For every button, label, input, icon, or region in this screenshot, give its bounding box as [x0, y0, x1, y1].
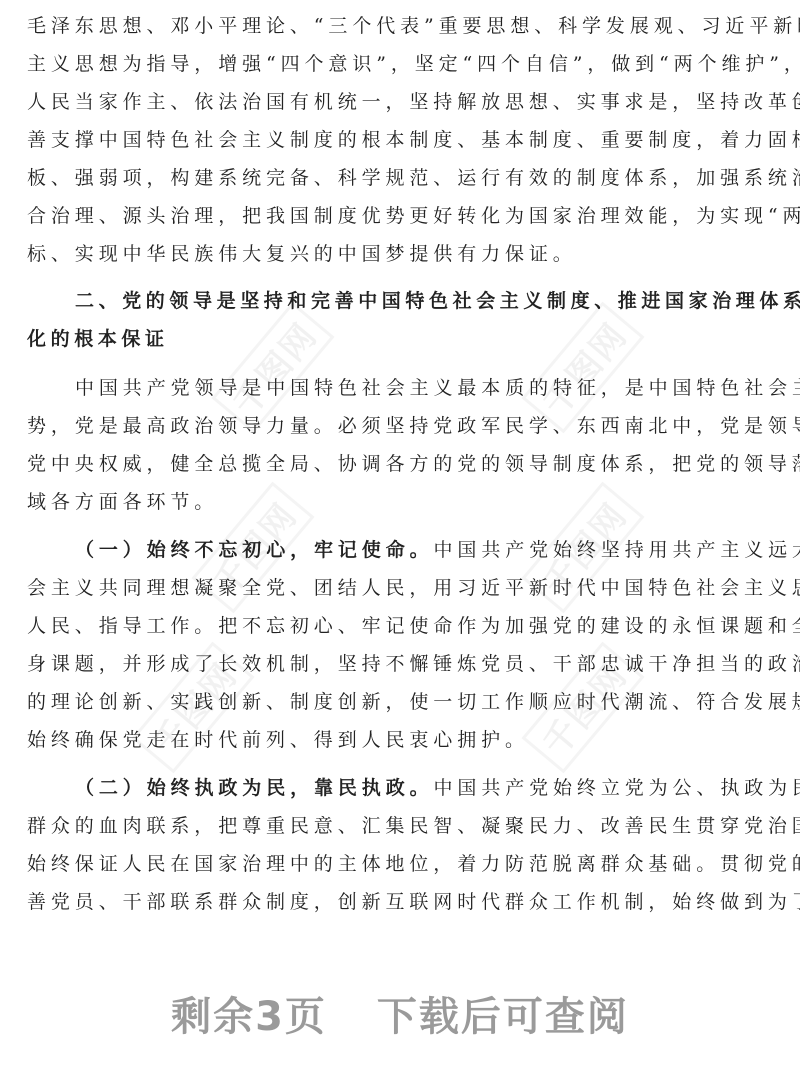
paragraph-line: 身课题，并形成了长效机制，坚持不懈锤炼党员、干部忠诚干净担当的政治品格。持续推进… [27, 645, 800, 683]
paragraph-line: 群众的血肉联系，把尊重民意、汇集民智、凝聚民力、改善民生贯穿党治国理政全部工作当… [27, 807, 800, 845]
paragraph-line: 善党员、干部联系群众制度，创新互联网时代群众工作机制，始终做到为了群众、相信群众… [27, 883, 800, 921]
download-prompt[interactable]: 剩余3页下载后可查阅 [0, 985, 800, 1042]
remaining-pages-label: 剩余3页 [171, 994, 327, 1040]
paragraph-line: 的理论创新、实践创新、制度创新，使一切工作顺应时代潮流、符合发展规律、体现人民愿… [27, 683, 800, 721]
paragraph-line: 党中央权威，健全总揽全局、协调各方的党的领导制度体系，把党的领导落实到国家治理各… [27, 445, 800, 483]
paragraph-line: 板、强弱项，构建系统完备、科学规范、运行有效的制度体系，加强系统治理、依法治理、… [27, 159, 800, 197]
paragraph-line: 人民当家作主、依法治国有机统一，坚持解放思想、实事求是，坚持改革创新，突出坚持和… [27, 83, 800, 121]
paragraph-line: 始终确保党走在时代前列、得到人民衷心拥护。 [27, 721, 529, 759]
item-1-text: 中国共产党始终坚持用共产主义远大理想和中国特色社 [434, 539, 800, 561]
item-2-first-line: （二）始终执政为民，靠民执政。中国共产党始终立党为公、执政为民，始终保持同人民 [75, 769, 800, 807]
paragraph-line: 势，党是最高政治领导力量。必须坚持党政军民学、东西南北中，党是领导一切的，坚决维… [27, 407, 800, 445]
item-2-title: （二）始终执政为民，靠民执政。 [75, 777, 434, 799]
paragraph-line: 标、实现中华民族伟大复兴的中国梦提供有力保证。 [27, 235, 577, 273]
paragraph-line: 人民、指导工作。把不忘初心、牢记使命作为加强党的建设的永恒课题和全体党员、干部的… [27, 607, 800, 645]
section-heading: 二、党的领导是坚持和完善中国特色社会主义制度、推进国家治理体系和治理能力现代 [75, 282, 800, 320]
item-2-text: 中国共产党始终立党为公、执政为民，始终保持同人民 [434, 777, 800, 799]
paragraph-line: 合治理、源头治理，把我国制度优势更好转化为国家治理效能，为实现“两个一百年”奋斗… [27, 197, 800, 235]
item-1-first-line: （一）始终不忘初心，牢记使命。中国共产党始终坚持用共产主义远大理想和中国特色社 [75, 531, 800, 569]
download-to-view-label[interactable]: 下载后可查阅 [377, 994, 629, 1040]
paragraph-line: 始终保证人民在国家治理中的主体地位，着力防范脱离群众基础。贯彻党的群众路线，不断… [27, 845, 800, 883]
paragraph-line: 善支撑中国特色社会主义制度的根本制度、基本制度、重要制度，着力固根基、扬优势、补… [27, 121, 800, 159]
item-1-title: （一）始终不忘初心，牢记使命。 [75, 539, 434, 561]
paragraph-line: 域各方面各环节。 [27, 483, 218, 521]
paragraph-line: 中国共产党领导是中国特色社会主义最本质的特征，是中国特色社会主义制度的最大优 [75, 369, 800, 407]
paragraph-line: 毛泽东思想、邓小平理论、“三个代表”重要思想、科学发展观、习近平新时代中国特色社… [27, 7, 800, 45]
paragraph-line: 主义思想为指导，增强“四个意识”，坚定“四个自信”，做到“两个维护”，坚持党的领… [27, 45, 800, 83]
section-heading: 化的根本保证 [27, 320, 169, 358]
paragraph-line: 会主义共同理想凝聚全党、团结人民，用习近平新时代中国特色社会主义思想武装全党、教… [27, 569, 800, 607]
